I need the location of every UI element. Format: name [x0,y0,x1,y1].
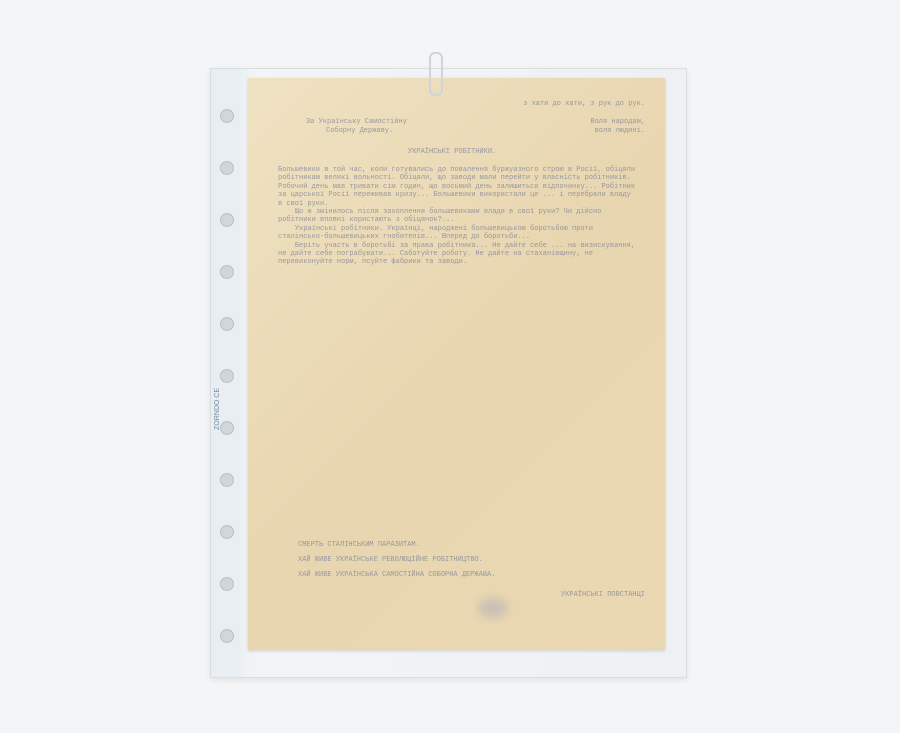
signature: УКРАЇНСЬКІ ПОВСТАНЦІ [561,591,645,599]
paper-clip [429,52,443,96]
slogan-3: ХАЙ ЖИВЕ УКРАЇНСЬКА САМОСТІЙНА СОБОРНА Д… [298,571,495,579]
document-body: Большевики в той час, коли готувались до… [278,166,638,267]
punch-hole [220,265,234,279]
punch-hole [220,369,234,383]
punch-hole [220,421,234,435]
punch-hole [220,109,234,123]
slogan-2: ХАЙ ЖИВЕ УКРАЇНСЬКЕ РЕВОЛЮЦІЙНЕ РОБІТНИЦ… [298,556,483,564]
punch-hole [220,161,234,175]
address-right-2: воля людині. [595,127,645,135]
typewritten-document: з хати до хати, з рук до рук. За Українс… [248,78,665,650]
punch-hole [220,577,234,591]
punch-hole [220,317,234,331]
document-title: УКРАЇНСЬКІ РОБІТНИКИ. [408,148,496,156]
address-right-1: Воля народам, [590,118,645,126]
address-left-1: За Українську Самостійну [306,118,407,126]
punch-hole [220,473,234,487]
address-left-2: Соборну Державу. [326,127,393,135]
punch-hole [220,525,234,539]
header-right: з хати до хати, з рук до рук. [523,100,645,108]
ink-stain [478,598,508,618]
punch-hole [220,213,234,227]
sleeve-brand-text: ZORNDO CE [214,388,221,430]
punch-hole [220,629,234,643]
slogan-1: СМЕРТЬ СТАЛІНСЬКИМ ПАРАЗИТАМ. [298,541,420,549]
